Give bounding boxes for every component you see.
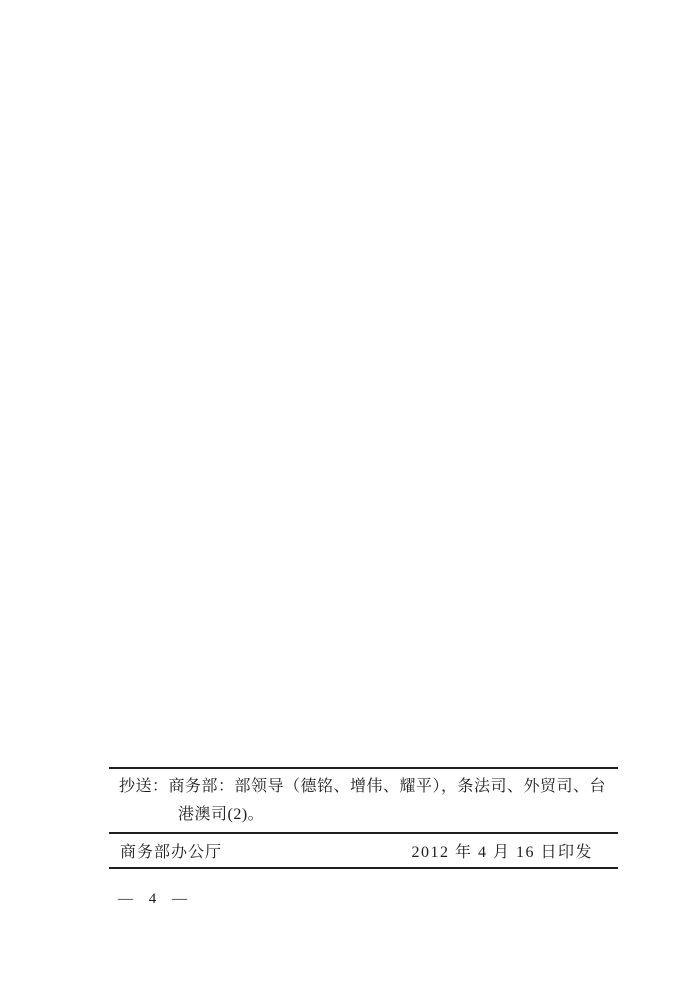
document-footer: 抄送：商务部：部领导（德铭、增伟、耀平），条法司、外贸司、台 港澳司(2)。 商… [109, 767, 618, 869]
copy-to-block: 抄送：商务部：部领导（德铭、增伟、耀平），条法司、外贸司、台 港澳司(2)。 [109, 769, 618, 832]
issue-row: 商务部办公厅 2012 年 4 月 16 日印发 [109, 834, 618, 867]
page-number: — 4 — [118, 891, 188, 908]
divider-bottom [109, 867, 618, 869]
print-date: 2012 年 4 月 16 日印发 [411, 839, 593, 862]
copy-to-line-2: 港澳司(2)。 [109, 801, 618, 829]
document-page: 抄送：商务部：部领导（德铭、增伟、耀平），条法司、外贸司、台 港澳司(2)。 商… [0, 0, 700, 988]
copy-to-line-1: 抄送：商务部：部领导（德铭、增伟、耀平），条法司、外贸司、台 [109, 773, 618, 801]
issuing-office: 商务部办公厅 [120, 839, 222, 862]
